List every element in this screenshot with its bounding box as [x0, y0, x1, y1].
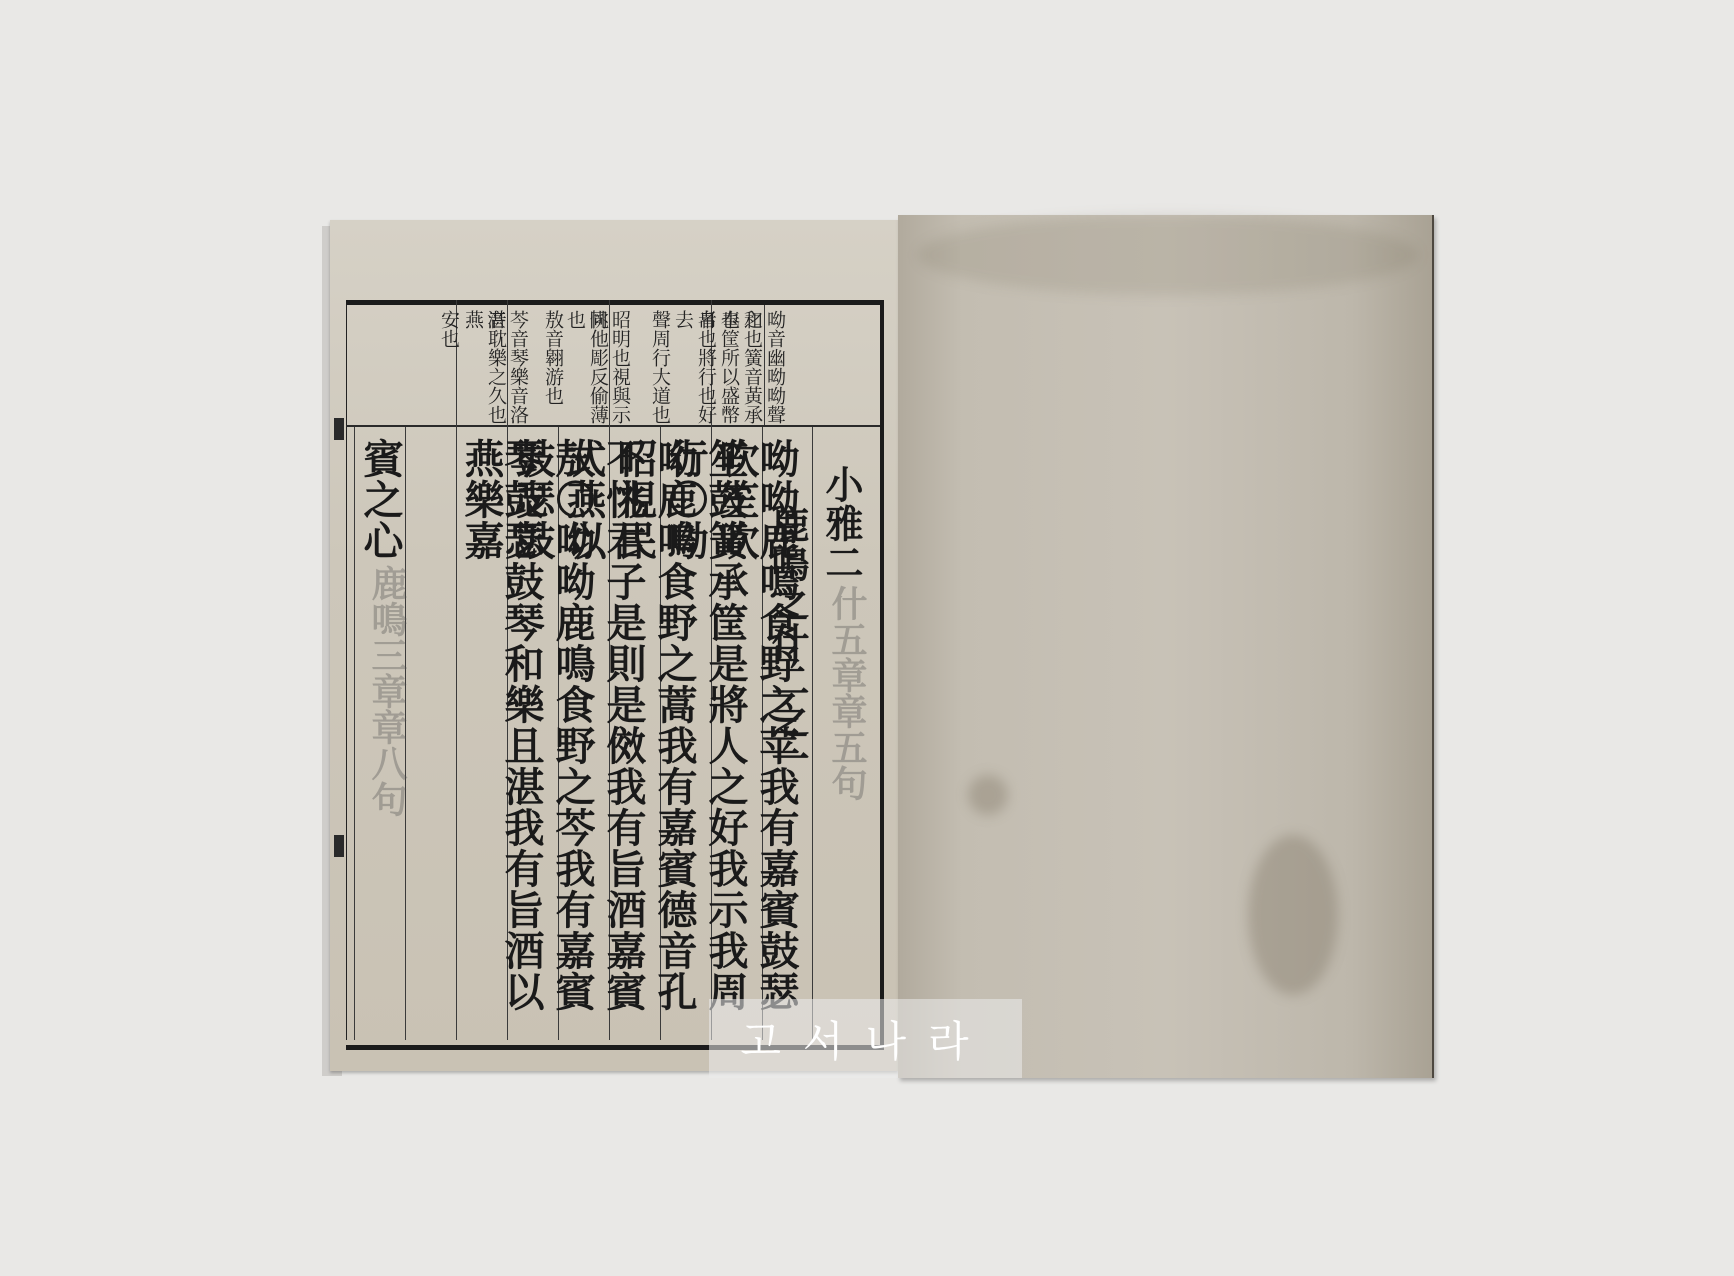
commentary-line: 者也將行也好去: [671, 310, 717, 425]
commentary-line: 恌他彫反偷薄也: [563, 310, 609, 425]
commentary-line: 聲周行大道也: [648, 310, 671, 425]
watermark: 고서나라: [709, 999, 1022, 1078]
spine-strip: [332, 300, 347, 1040]
stain: [1248, 835, 1338, 995]
fishtail-mark-lower: [334, 835, 344, 857]
commentary-line: 安也: [437, 310, 460, 425]
show-through-text: 什五章章五句: [822, 585, 873, 801]
book-cover: [898, 215, 1434, 1078]
fishtail-mark-upper: [334, 418, 344, 440]
column-rule: [812, 427, 813, 1040]
column-rule: [354, 427, 355, 1040]
stain: [968, 775, 1008, 815]
commentary-line: 音耽樂之久也燕: [461, 310, 507, 425]
show-through-text: 鹿鳴三章章八句: [362, 565, 413, 817]
watermark-text: 고서나라: [740, 1009, 990, 1069]
text-column: 琴鼓瑟鼓琴和樂且湛我有旨酒以燕樂嘉: [461, 438, 541, 1038]
header-divider-line: [346, 425, 880, 427]
section-heading: 小雅二: [822, 465, 860, 582]
stain: [918, 215, 1418, 295]
commentary-line: 敖音翱游也: [541, 310, 564, 425]
